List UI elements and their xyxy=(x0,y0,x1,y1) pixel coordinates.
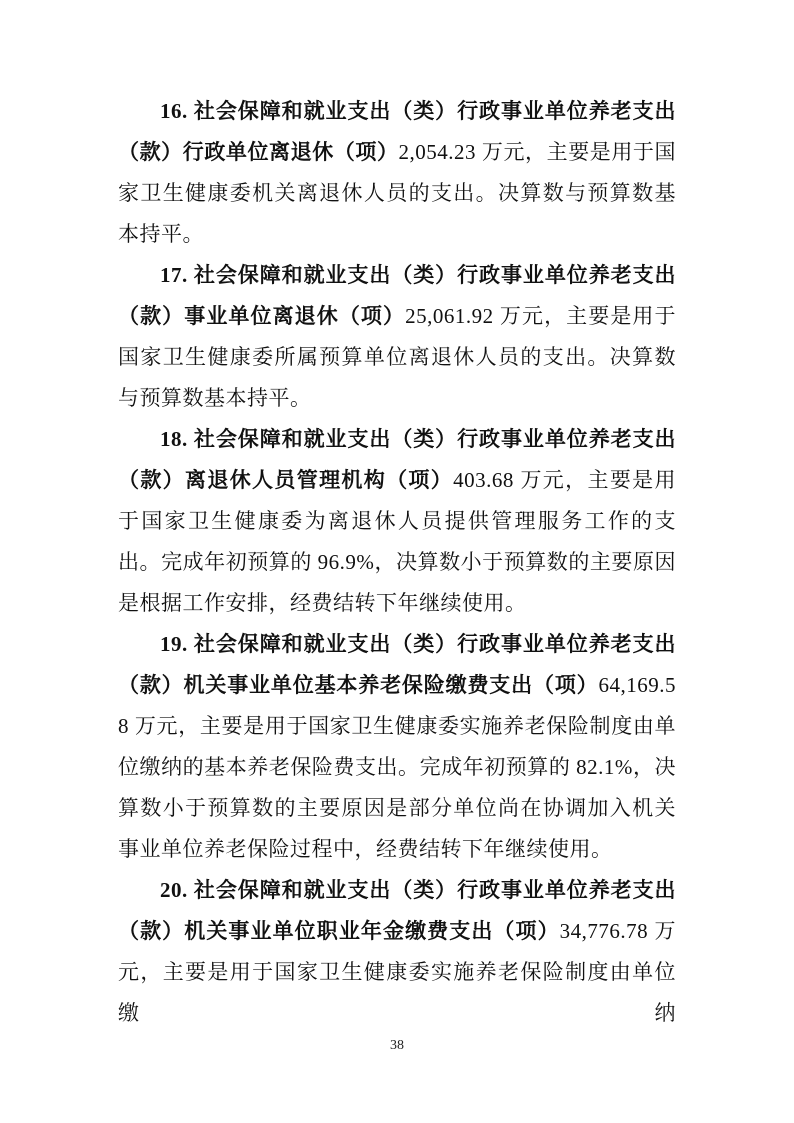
paragraph-19-heading: 19. 社会保障和就业支出（类）行政事业单位养老支出（款）机关事业单位基本养老保… xyxy=(118,632,676,697)
paragraph-16: 16. 社会保障和就业支出（类）行政事业单位养老支出（款）行政单位离退休（项）2… xyxy=(118,91,676,255)
document-page: 16. 社会保障和就业支出（类）行政事业单位养老支出（款）行政单位离退休（项）2… xyxy=(0,0,794,1123)
page-footer: 38 xyxy=(0,1036,794,1054)
page-number: 38 xyxy=(390,1038,404,1053)
paragraph-20: 20. 社会保障和就业支出（类）行政事业单位养老支出（款）机关事业单位职业年金缴… xyxy=(118,870,676,1034)
paragraph-17: 17. 社会保障和就业支出（类）行政事业单位养老支出（款）事业单位离退休（项）2… xyxy=(118,255,676,419)
paragraph-19-body: 64,169.58 万元，主要是用于国家卫生健康委实施养老保险制度由单位缴纳的基… xyxy=(118,673,676,861)
document-body: 16. 社会保障和就业支出（类）行政事业单位养老支出（款）行政单位离退休（项）2… xyxy=(118,91,676,1034)
paragraph-18: 18. 社会保障和就业支出（类）行政事业单位养老支出（款）离退休人员管理机构（项… xyxy=(118,419,676,624)
paragraph-19: 19. 社会保障和就业支出（类）行政事业单位养老支出（款）机关事业单位基本养老保… xyxy=(118,624,676,870)
